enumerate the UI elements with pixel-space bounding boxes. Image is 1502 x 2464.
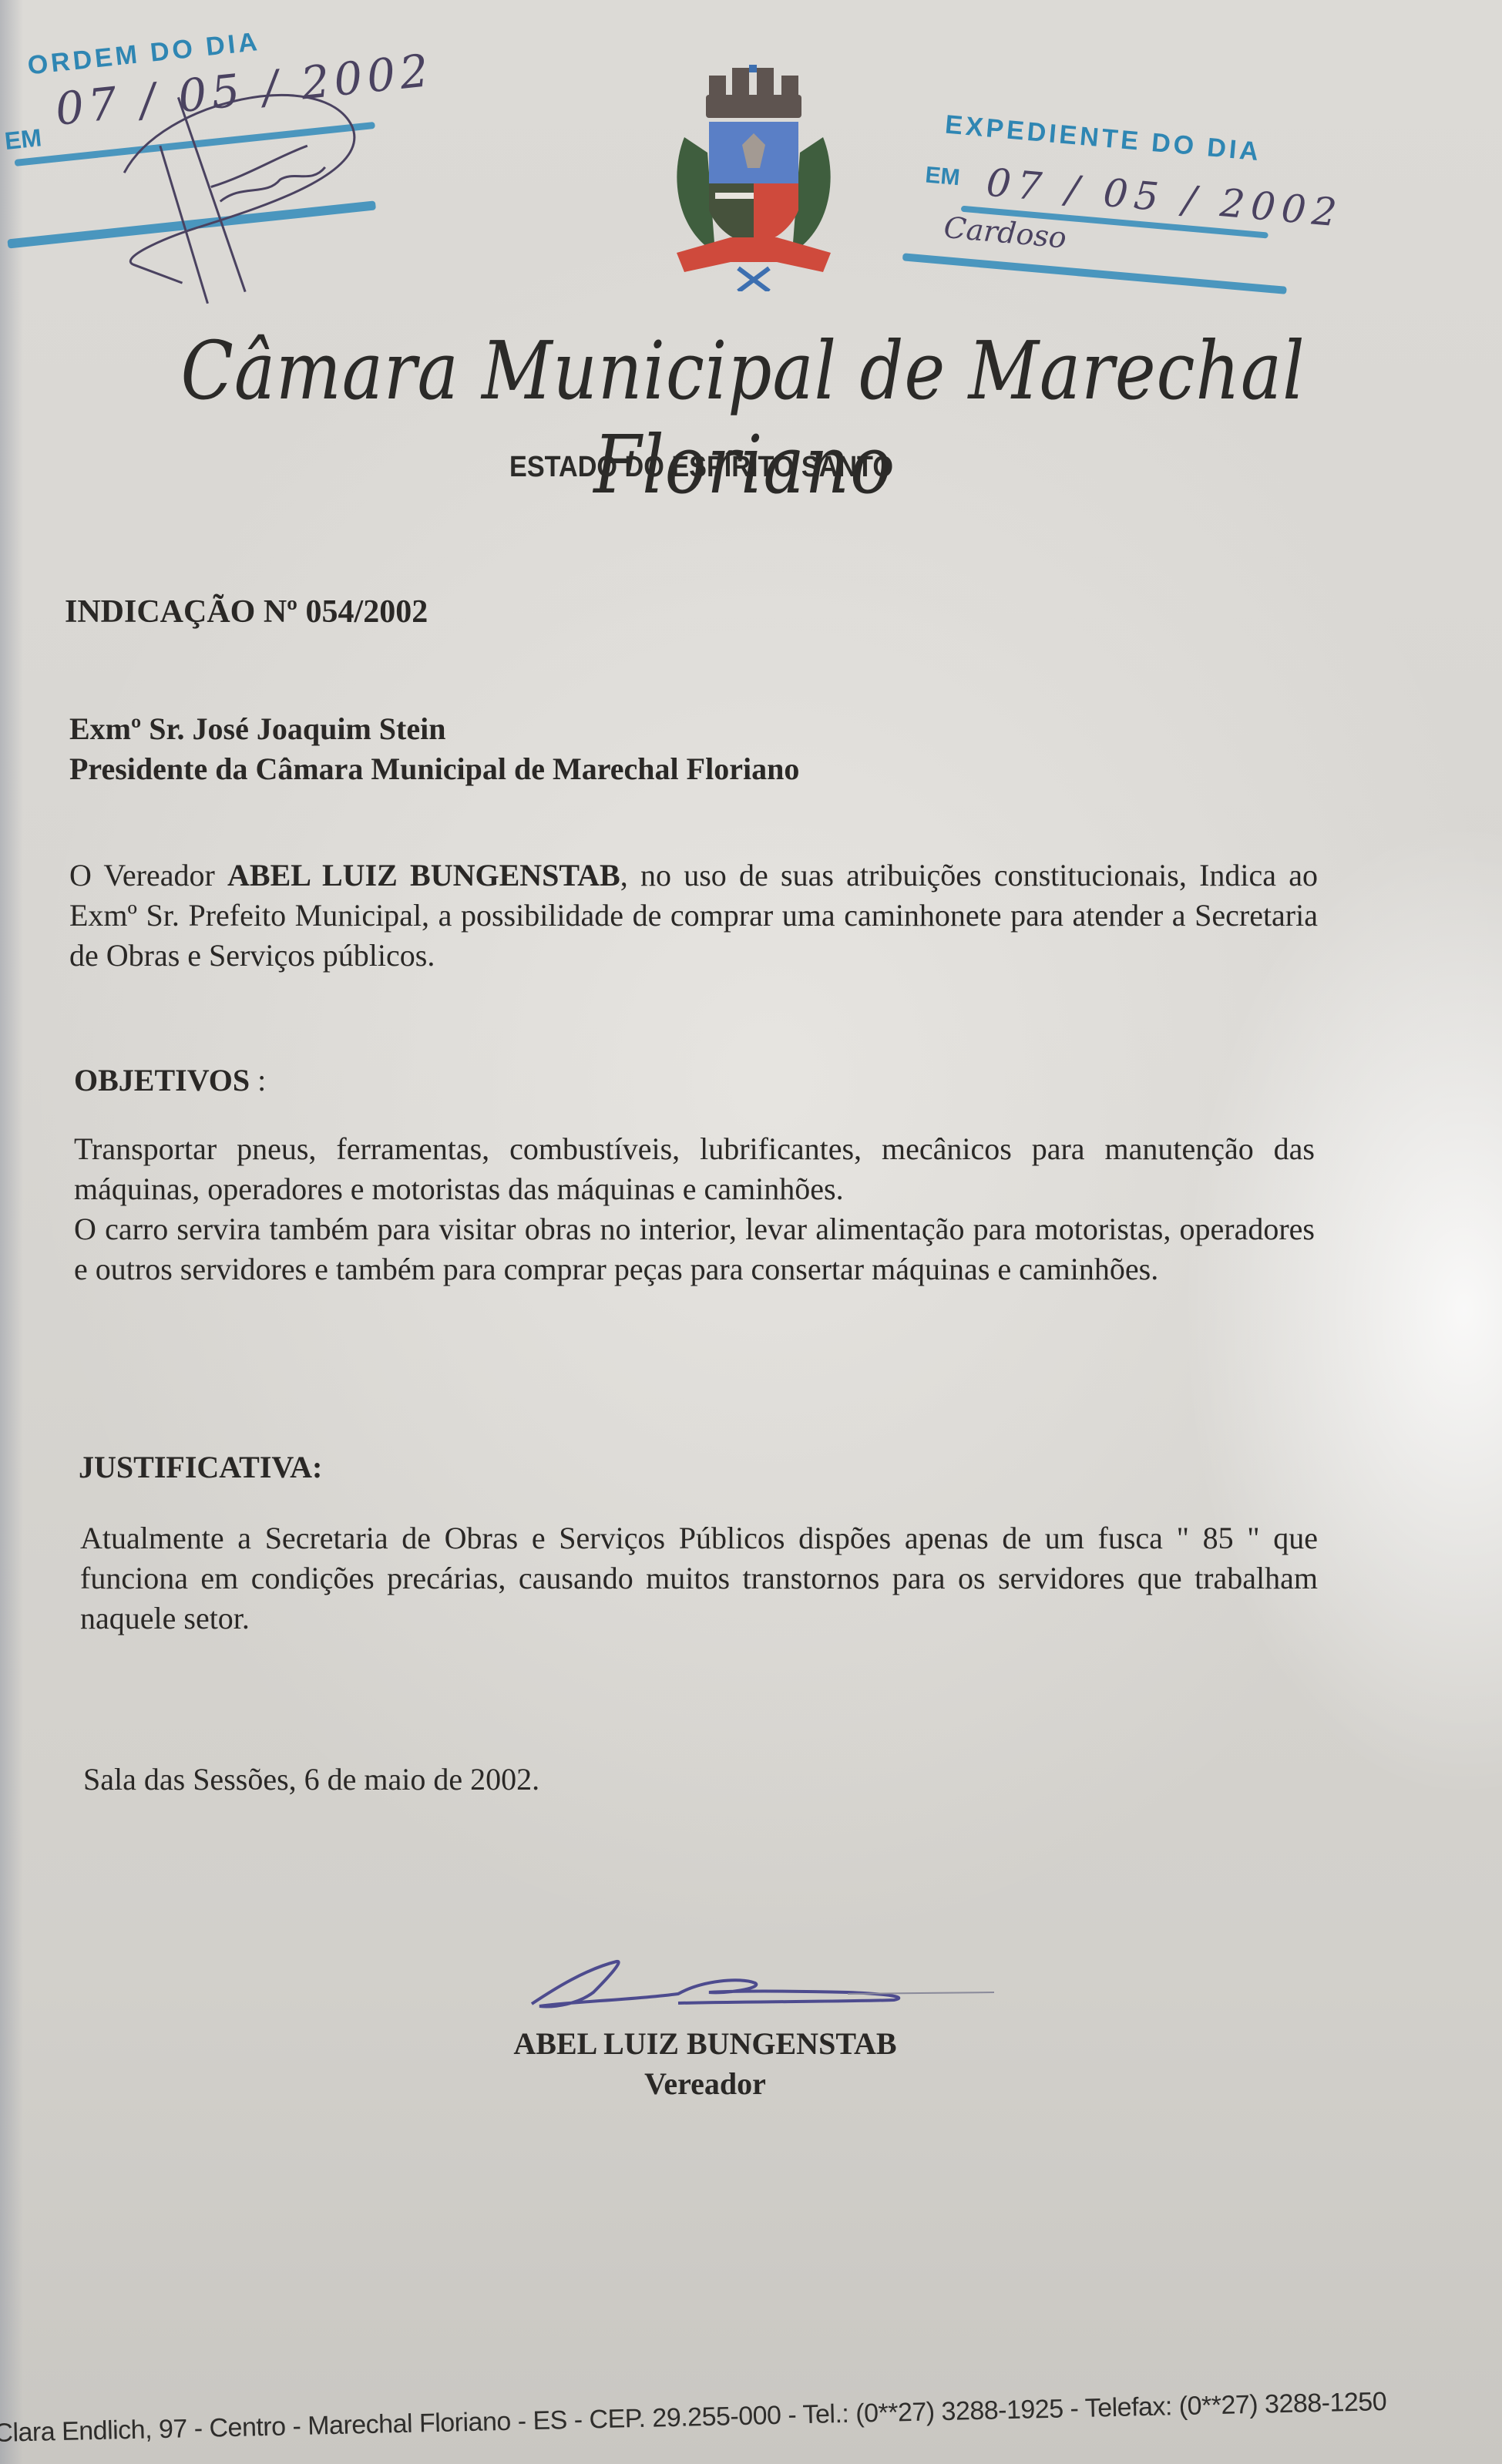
signature-icon (524, 1946, 1002, 2015)
stamp-expediente-do-dia: EXPEDIENTE DO DIA EM 07 / 05 / 2002 Card… (905, 92, 1355, 361)
councilor-name: ABEL LUIZ BUNGENSTAB (227, 858, 620, 892)
heading-text: OBJETIVOS (74, 1063, 250, 1098)
objetivos-paragraph: O carro servira também para visitar obra… (74, 1209, 1315, 1289)
objetivos-body: Transportar pneus, ferramentas, combustí… (74, 1129, 1315, 1289)
heading-colon: : (250, 1063, 266, 1098)
signer-name: ABEL LUIZ BUNGENSTAB (0, 2025, 1410, 2062)
closing-date-line: Sala das Sessões, 6 de maio de 2002. (83, 1761, 539, 1797)
intro-paragraph: O Vereador ABEL LUIZ BUNGENSTAB, no uso … (69, 856, 1318, 976)
stamp-ordem-do-dia: ORDEM DO DIA EM 07 / 05 / 2002 (0, 0, 459, 299)
objetivos-paragraph: Transportar pneus, ferramentas, combustí… (74, 1129, 1315, 1209)
handwritten-signature-icon (66, 32, 384, 316)
intro-pre: O Vereador (69, 858, 227, 892)
signer-role: Vereador (0, 2066, 1410, 2102)
letterhead-subtitle: ESTADO DO ESPÍRITO SANTO (70, 451, 1332, 484)
document-title: INDICAÇÃO Nº 054/2002 (65, 593, 428, 630)
section-heading-objetivos: OBJETIVOS : (74, 1062, 266, 1098)
stamp-rule (902, 253, 1287, 294)
coat-of-arms-icon (661, 60, 846, 291)
document-page: ORDEM DO DIA EM 07 / 05 / 2002 EXPEDIENT… (0, 0, 1502, 2464)
stamp-label: EXPEDIENTE DO DIA (944, 110, 1263, 168)
recipient-name: Exmº Sr. José Joaquim Stein (69, 709, 799, 749)
justificativa-paragraph: Atualmente a Secretaria de Obras e Servi… (80, 1518, 1318, 1639)
stamp-prefix: EM (924, 163, 961, 192)
recipient-block: Exmº Sr. José Joaquim Stein Presidente d… (69, 709, 799, 789)
stamp-prefix: EM (3, 123, 43, 156)
recipient-title: Presidente da Câmara Municipal de Marech… (69, 749, 799, 789)
footer-address: Clara Endlich, 97 - Centro - Marechal Fl… (0, 2387, 1387, 2449)
section-heading-justificativa: JUSTIFICATIVA: (79, 1449, 322, 1485)
